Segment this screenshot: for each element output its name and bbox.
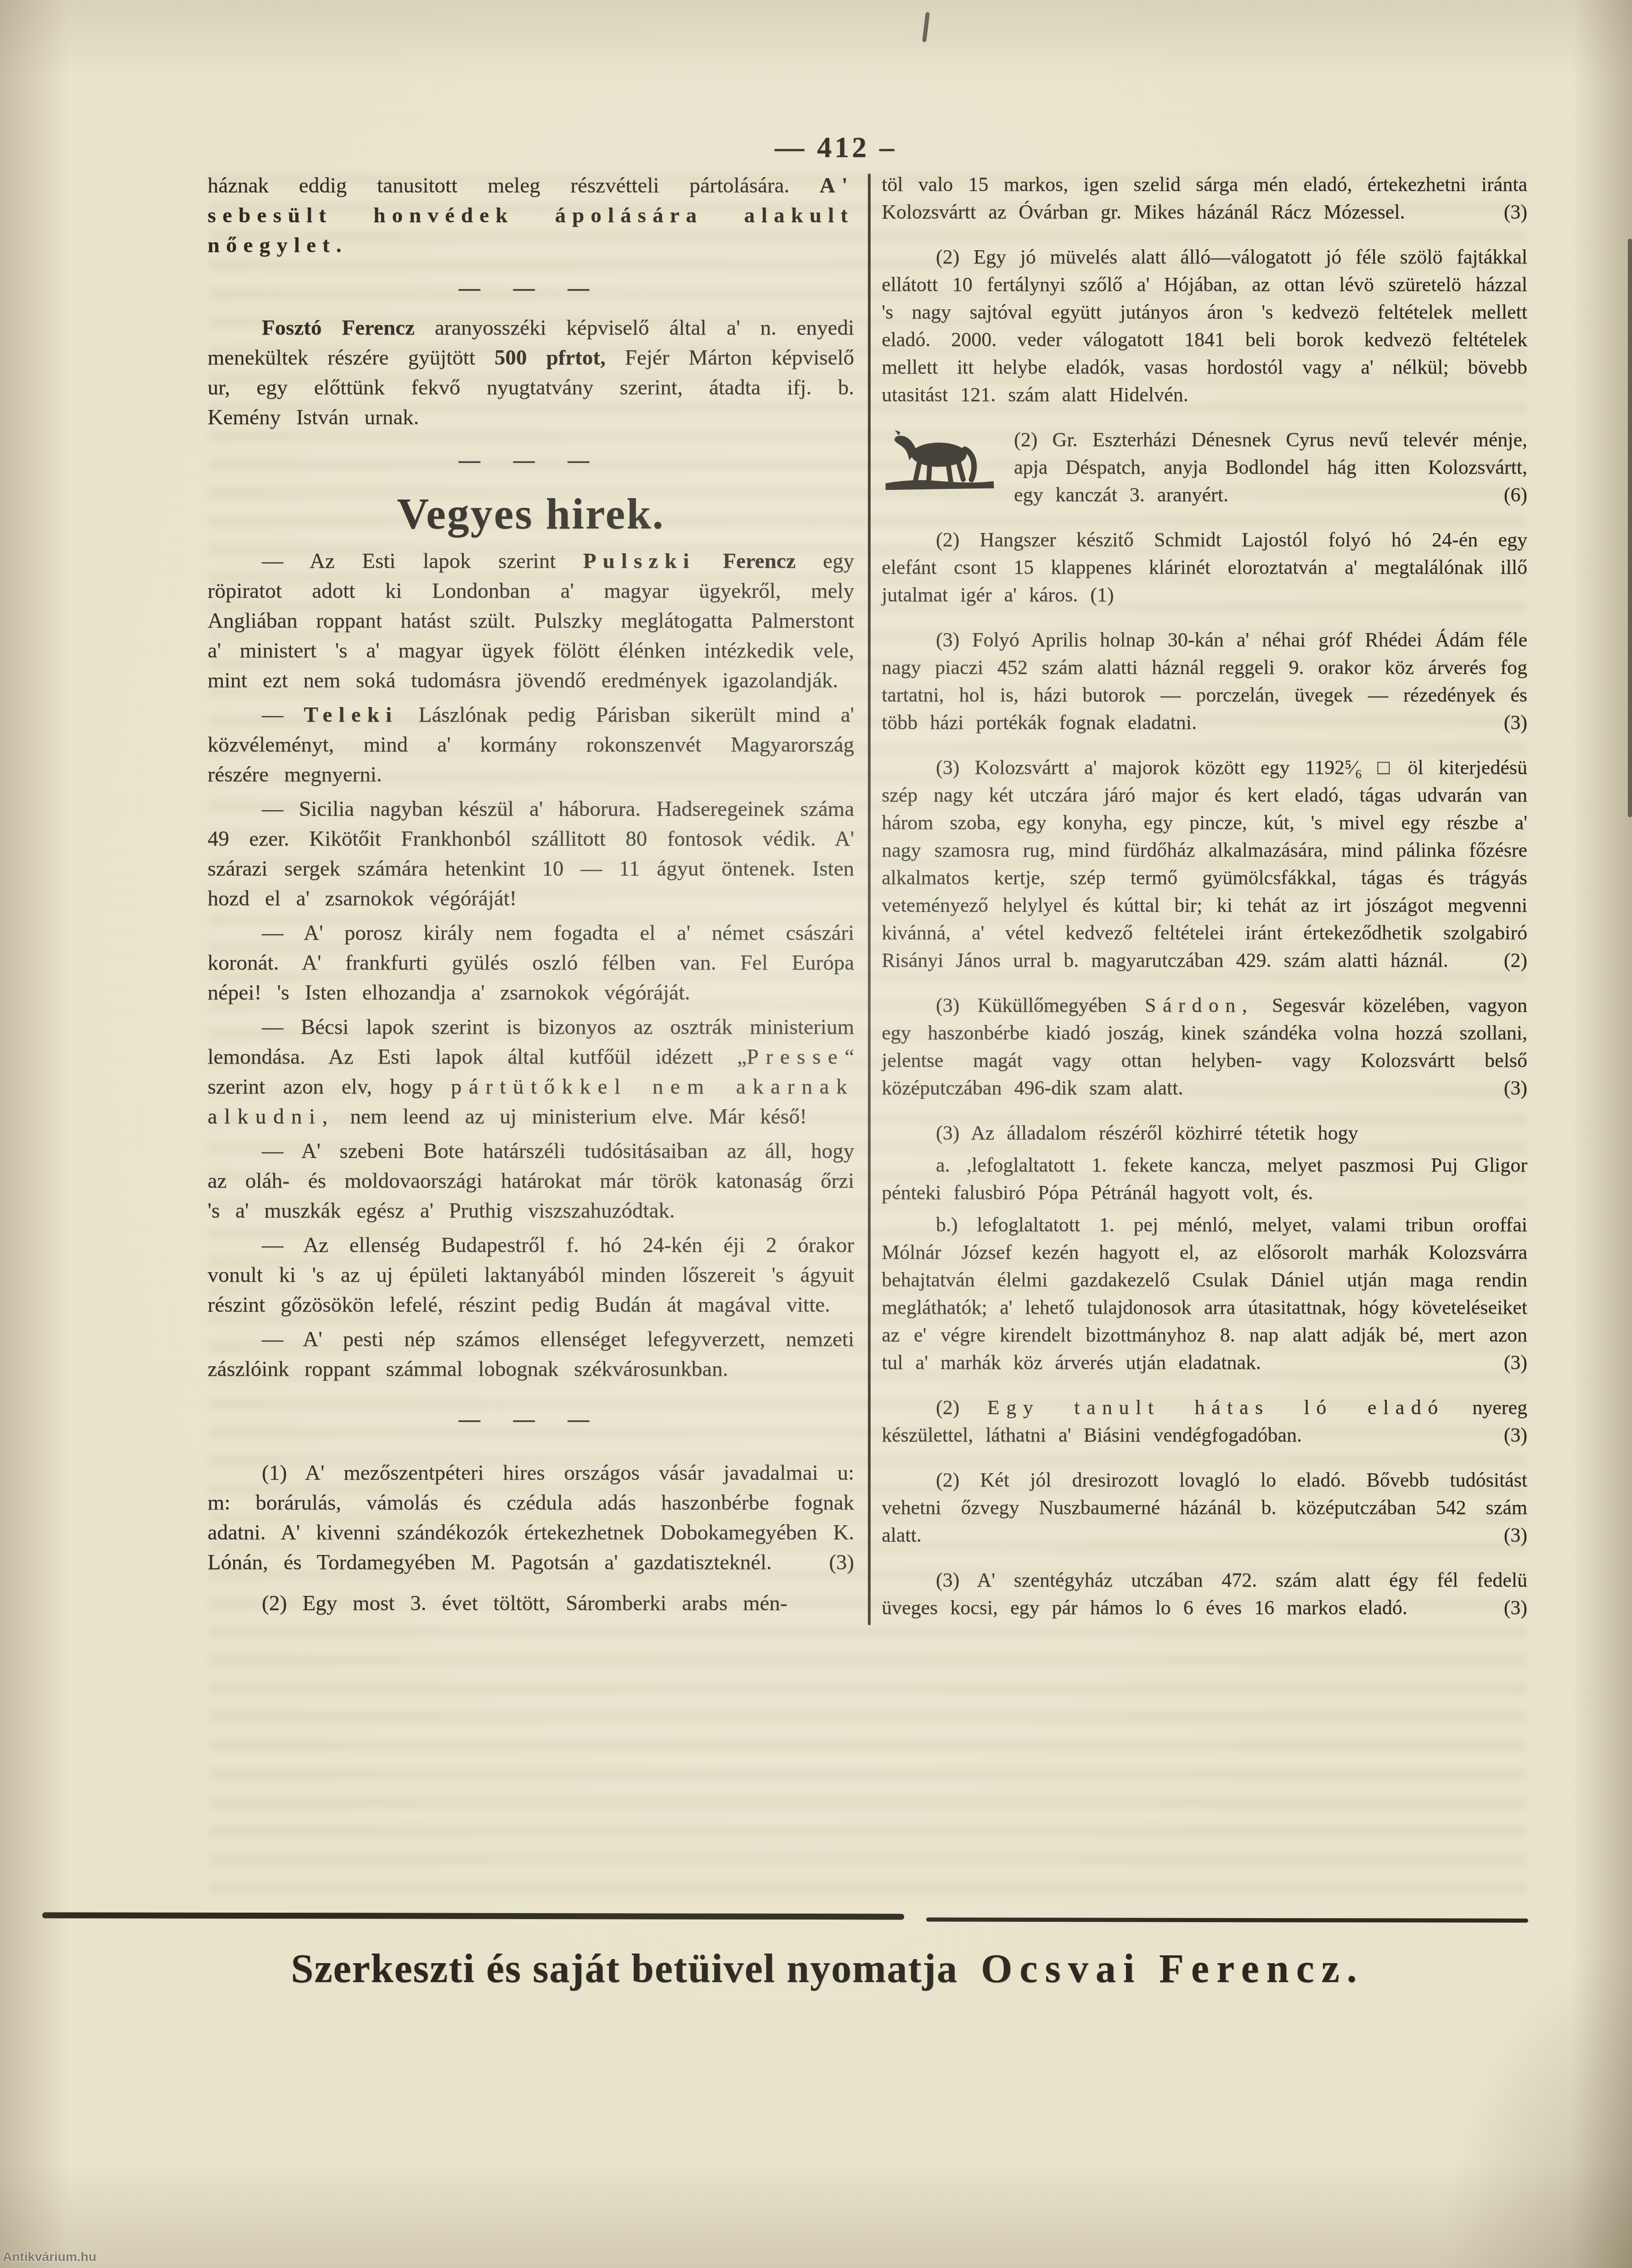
- insertion-count: (2): [1504, 947, 1527, 974]
- horse-icon: [882, 429, 997, 495]
- text-block: háznak eddig tanusitott meleg részvéttel…: [208, 171, 1527, 1639]
- classified-ad-kocsi: (3) A' szentégyház utczában 472. szám al…: [882, 1566, 1527, 1622]
- continuation-paragraph: háznak eddig tanusitott meleg részvéttel…: [208, 171, 854, 260]
- classified-ad-hatas-lo: (2) Egy tanult hátas ló eladó nyereg kés…: [882, 1394, 1527, 1449]
- printer-name: Ocsvai Ferencz.: [981, 1947, 1364, 1991]
- classified-ad-arveres: (3) Folyó Aprilis holnap 30-kán a' néhai…: [882, 626, 1527, 736]
- column-divider-rule: [868, 174, 871, 1625]
- dash-separator: — — —: [208, 273, 854, 303]
- footer-rule-right-segment: [926, 1918, 1528, 1923]
- classified-ad-szolo: (2) Egy jó müvelés alatt álló—válogatott…: [882, 243, 1527, 409]
- corner-shadow: [1439, 1947, 1632, 2268]
- news-item-foszto: Fosztó Ferencz aranyosszéki képviselő ál…: [208, 313, 854, 432]
- news-item-porosz: — A' porosz király nem fogadta el a' ném…: [208, 918, 854, 1008]
- classified-ad-men-continuation: töl valo 15 markos, igen szelid sárga mé…: [882, 171, 1527, 226]
- insertion-count: (3): [1504, 1421, 1527, 1449]
- official-notice-intro: (3) Az álladalom részéről közhirré tétet…: [882, 1119, 1527, 1147]
- official-notice-item-a: a. ,lefoglaltatott 1. fekete kancza, mel…: [882, 1151, 1527, 1207]
- insertion-count: (3): [1504, 709, 1527, 736]
- classified-ad-klarinet: (2) Hangszer készitő Schmidt Lajostól fo…: [882, 526, 1527, 609]
- section-heading: Vegyes hirek.: [208, 491, 854, 537]
- dash-separator: — — —: [208, 1404, 854, 1434]
- insertion-count: (3): [1504, 198, 1527, 226]
- antikvarium-watermark: Antikvárium.hu: [3, 2250, 96, 2264]
- footer-rule-left-segment: [42, 1912, 904, 1920]
- news-item-ellenseg: — Az ellenség Budapestről f. hó 24-kén é…: [208, 1230, 854, 1320]
- footer-rule: [42, 1912, 1528, 1923]
- imprint-line: Szerkeszti és saját betüivel nyomatja Oc…: [152, 1946, 1503, 1992]
- classified-ad-sardon: (3) Küküllőmegyében Sárdon, Segesvár köz…: [882, 992, 1527, 1102]
- newspaper-page: — 412 – háznak eddig tanusitott meleg ré…: [0, 0, 1632, 2268]
- news-item-pesti: — A' pesti nép számos ellenséget lefegyv…: [208, 1325, 854, 1384]
- insertion-count: (3): [829, 1548, 854, 1577]
- dash-separator: — — —: [208, 445, 854, 475]
- news-item-sicilia: — Sicilia nagyban készül a' háborura. Ha…: [208, 794, 854, 914]
- classified-ad-cyrus-men: (2) Gr. Eszterházi Dénesnek Cyrus nevű t…: [882, 426, 1527, 509]
- ink-speck: [922, 12, 930, 43]
- classified-ad-men-start: (2) Egy most 3. évet töltött, Sáromberki…: [208, 1589, 854, 1618]
- insertion-count: (3): [1504, 1594, 1527, 1622]
- imprint-text: Szerkeszti és saját betüivel nyomatja: [291, 1947, 957, 1991]
- scan-edge-shadow: [1628, 239, 1632, 817]
- page-number: — 412 –: [716, 130, 955, 164]
- news-item-becsi: — Bécsi lapok szerint is bizonyos az osz…: [208, 1012, 854, 1132]
- insertion-count: (6): [1504, 481, 1527, 509]
- left-column: háznak eddig tanusitott meleg részvéttel…: [208, 171, 854, 1639]
- insertion-count: (3): [1504, 1349, 1527, 1376]
- right-column: töl valo 15 markos, igen szelid sárga mé…: [882, 171, 1527, 1639]
- insertion-count: (3): [1504, 1521, 1527, 1549]
- classified-ad-vasar: (1) A' mezőszentpéteri hires országos vá…: [208, 1458, 854, 1577]
- classified-ad-major: (3) Kolozsvártt a' majorok között egy 11…: [882, 754, 1527, 974]
- news-item-pulszki: — Az Esti lapok szerint Pulszki Ferencz …: [208, 546, 854, 696]
- insertion-count: (3): [1504, 1074, 1527, 1102]
- news-item-szebeni: — A' szebeni Bote határszéli tudósitásai…: [208, 1136, 854, 1226]
- classified-ad-lovaglo: (2) Két jól dresirozott lovagló lo eladó…: [882, 1466, 1527, 1549]
- official-notice-item-b: b.) lefoglaltatott 1. pej ménló, melyet,…: [882, 1211, 1527, 1376]
- news-item-teleki: — Teleki Lászlónak pedig Párisban sikerü…: [208, 700, 854, 790]
